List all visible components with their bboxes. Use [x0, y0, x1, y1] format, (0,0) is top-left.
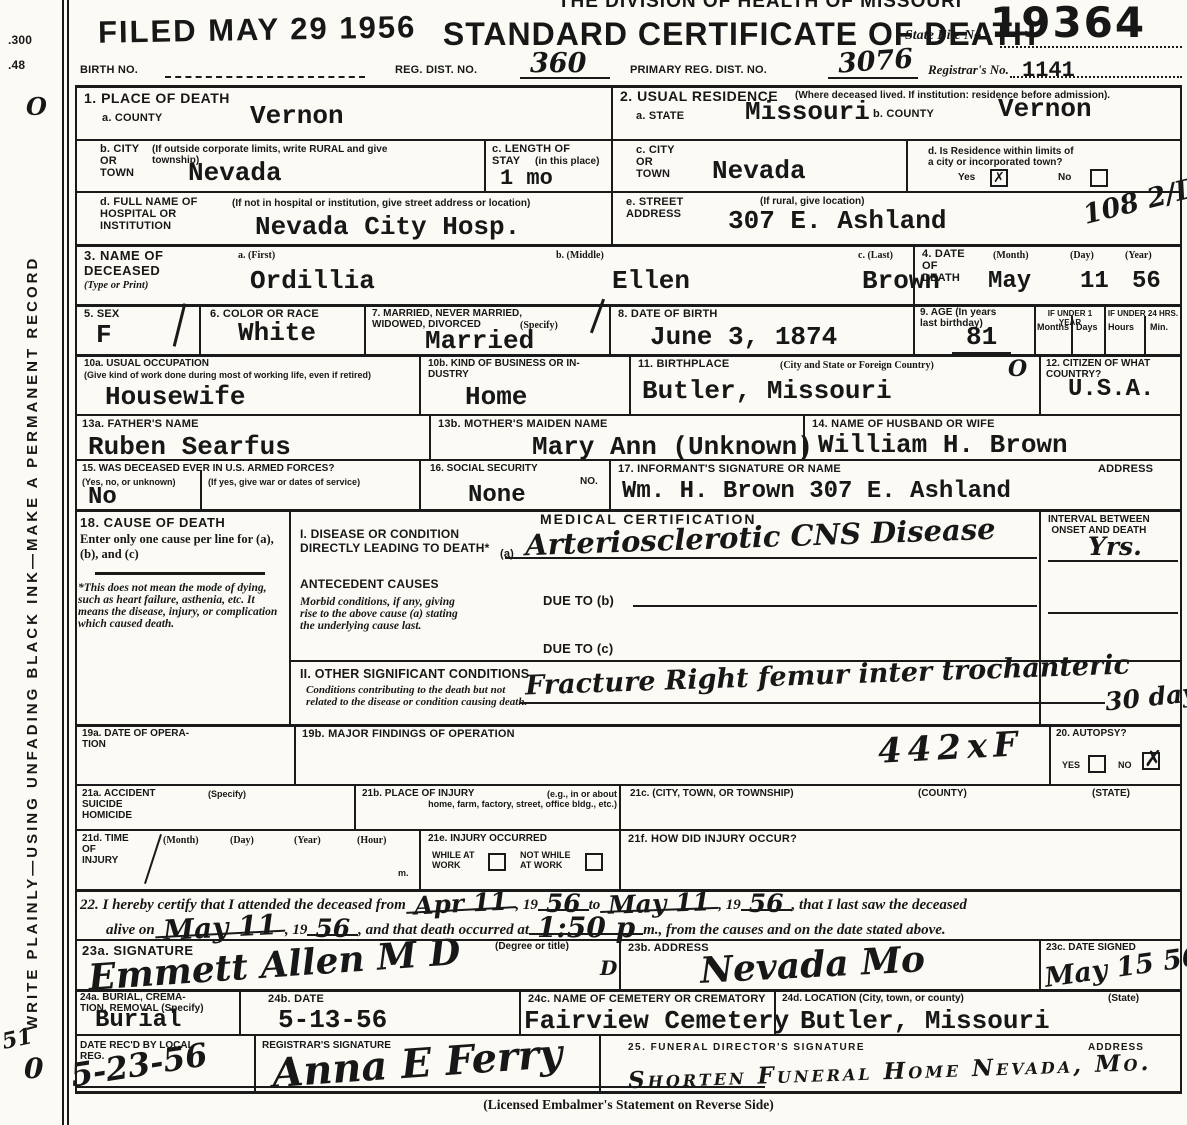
rule-vertical	[294, 724, 296, 784]
first-name-label: a. (First)	[238, 250, 275, 261]
rule-vertical	[629, 354, 631, 415]
injury-hour-label: (Hour)	[357, 835, 386, 846]
rule-vertical	[429, 414, 431, 460]
primary-reg-dist-value: 3076	[837, 43, 914, 79]
birth-no-blank	[165, 76, 365, 78]
middle-name-label: b. (Middle)	[556, 250, 604, 261]
rule-vertical	[519, 989, 521, 1034]
certify-19a: , 19	[515, 897, 538, 914]
header-division-line: THE DIVISION OF HEALTH OF MISSOURI	[480, 0, 1040, 13]
ssn-label: 16. SOCIAL SECURITY	[430, 463, 538, 474]
antecedent-note: Morbid conditions, if any, giving rise t…	[300, 596, 458, 632]
death-month-label: (Month)	[993, 250, 1029, 261]
residence-state-value: Missouri	[745, 97, 870, 127]
county-value: Vernon	[250, 101, 344, 131]
footer-note: (Licensed Embalmer's Statement on Revers…	[75, 1097, 1182, 1113]
autopsy-no-checkbox: ✗	[1142, 752, 1160, 770]
certify-alive-year: 56	[307, 924, 358, 936]
rule-horizontal	[75, 1034, 1182, 1036]
street-value: 307 E. Ashland	[728, 206, 946, 236]
residence-yes-label: Yes	[958, 172, 975, 183]
due-to-b-label: DUE TO (b)	[543, 593, 614, 608]
rule-vertical	[1034, 304, 1036, 355]
residence-city-label: c. CITY OR TOWN	[636, 144, 675, 180]
burial-location-state-label: (State)	[1108, 993, 1139, 1004]
not-while-at-work-checkbox	[585, 853, 603, 871]
rule-vertical	[62, 0, 64, 1125]
interval-a-value: Yrs.	[1088, 532, 1142, 561]
accident-note: (Specify)	[208, 789, 246, 799]
birthplace-note: (City and State or Foreign Country)	[780, 360, 934, 371]
age-value: 81	[952, 322, 1011, 355]
age-hours-label: Hours	[1108, 322, 1134, 332]
rule-vertical	[1104, 304, 1106, 355]
certify-from-date: Apr 11	[406, 896, 516, 914]
rule-vertical	[1071, 316, 1073, 355]
certify-tail-1: , that I last saw the deceased	[792, 897, 967, 914]
mother-name-value: Mary Ann (Unknown)	[532, 432, 813, 462]
rule-vertical	[419, 354, 421, 415]
operation-findings-label: 19b. MAJOR FINDINGS OF OPERATION	[302, 728, 515, 740]
rule-horizontal	[75, 139, 1182, 141]
certify-alive-word: alive on	[106, 922, 155, 939]
death-day-value: 11	[1080, 268, 1109, 295]
last-name-label: c. (Last)	[858, 250, 893, 261]
place-of-death-title: 1. PLACE OF DEATH	[84, 90, 230, 106]
signature-address-value: Nevada Mo	[699, 938, 926, 992]
informant-address-label: ADDRESS	[1098, 463, 1153, 475]
certify-time: 1:50 p	[529, 923, 643, 935]
rule-horizontal	[505, 557, 1037, 559]
cause-note-2: *This does not mean the mode of dying, s…	[78, 582, 286, 630]
operation-date-label: 19a. DATE OF OPERA- TION	[82, 728, 189, 750]
age-months-label: Months	[1037, 322, 1069, 332]
rule-horizontal	[75, 784, 1182, 786]
middle-name-value: Ellen	[612, 266, 690, 296]
age-under24-label: IF UNDER 24 HRS.	[1107, 309, 1179, 318]
burial-date-value: 5-13-56	[278, 1005, 387, 1035]
rule-vertical	[354, 784, 356, 829]
rule-vertical	[1049, 724, 1051, 784]
age-days-label: Days	[1076, 322, 1098, 332]
informant-value: Wm. H. Brown 307 E. Ashland	[622, 478, 1011, 505]
rule-vertical	[619, 784, 621, 829]
birthplace-value: Butler, Missouri	[642, 376, 892, 406]
industry-value: Home	[465, 382, 527, 412]
reg-dist-label: REG. DIST. NO.	[395, 64, 477, 76]
date-of-death-title: 4. DATE OF DEATH	[922, 248, 965, 284]
marital-value: Married	[425, 326, 534, 356]
residence-no-checkbox	[1090, 169, 1108, 187]
rule-horizontal	[75, 244, 1182, 247]
certify-alive-date: May 11	[155, 920, 286, 939]
informant-label: 17. INFORMANT'S SIGNATURE OR NAME	[618, 463, 841, 475]
death-month-value: May	[988, 268, 1031, 295]
residence-yes-checkbox: ✗	[990, 169, 1008, 187]
hospital-label: d. FULL NAME OF HOSPITAL OR INSTITUTION	[100, 196, 198, 232]
rule-horizontal	[75, 304, 1182, 307]
degree-handwritten-mark: D	[600, 956, 617, 980]
degree-label: (Degree or title)	[495, 941, 569, 952]
hospital-value: Nevada City Hosp.	[255, 212, 520, 242]
rule-horizontal	[633, 605, 1037, 607]
margin-code-300: .300	[8, 33, 32, 47]
birthplace-handwritten-circle: O	[1008, 356, 1027, 382]
injury-place-note: (e.g., in or about home, farm, factory, …	[362, 789, 617, 809]
filed-stamp: FILED MAY 29 1956	[98, 9, 417, 51]
rule-horizontal	[828, 77, 918, 79]
rule-horizontal	[75, 1091, 1182, 1094]
reg-dist-value: 360	[530, 48, 586, 79]
spouse-name-label: 14. NAME OF HUSBAND OR WIFE	[812, 418, 995, 430]
rule-vertical	[1039, 509, 1041, 724]
ssn-value: None	[468, 482, 526, 509]
rule-vertical	[67, 0, 69, 1125]
autopsy-yes-checkbox	[1088, 755, 1106, 773]
cemetery-value: Fairview Cemetery	[524, 1006, 789, 1036]
signature-address-label: 23b. ADDRESS	[628, 942, 709, 954]
death-day-label: (Day)	[1070, 250, 1094, 261]
type-or-print-note: (Type or Print)	[84, 280, 148, 291]
city-value: Nevada	[188, 158, 282, 188]
rule-vertical	[599, 1034, 601, 1091]
father-name-label: 13a. FATHER'S NAME	[82, 418, 199, 430]
residence-city-value: Nevada	[712, 156, 806, 186]
state-file-leader	[1000, 46, 1182, 48]
race-value: White	[238, 318, 316, 348]
injury-day-label: (Day)	[230, 835, 254, 846]
rule-vertical	[75, 85, 77, 1091]
date-of-birth-label: 8. DATE OF BIRTH	[618, 308, 718, 320]
rule-horizontal	[75, 989, 1182, 992]
injury-how-label: 21f. HOW DID INJURY OCCUR?	[628, 833, 797, 845]
rule-vertical	[1039, 354, 1041, 415]
funeral-director-label: 25. FUNERAL DIRECTOR'S SIGNATURE	[628, 1042, 865, 1053]
burial-location-value: Butler, Missouri	[800, 1006, 1050, 1036]
certify-19c: , 19	[285, 922, 308, 939]
margin-code-48: .48	[8, 58, 25, 72]
rule-horizontal	[520, 77, 610, 79]
handwritten-stroke	[144, 834, 162, 884]
injury-m-label: m.	[398, 868, 409, 878]
certify-19b: , 19	[718, 897, 741, 914]
city-label: b. CITY OR TOWN	[100, 143, 139, 179]
hospital-note: (If not in hospital or institution, give…	[232, 198, 607, 209]
residence-state-label: a. STATE	[636, 110, 684, 122]
disease-label: I. DISEASE OR CONDITION DIRECTLY LEADING…	[300, 527, 489, 555]
rule-horizontal	[290, 660, 1182, 662]
margin-vertical-instruction: WRITE PLAINLY—USING UNFADING BLACK INK—M…	[24, 110, 41, 1030]
rule-vertical	[419, 829, 421, 889]
rule-vertical	[913, 244, 915, 355]
occupation-note: (Give kind of work done during most of w…	[84, 370, 414, 380]
citizen-value: U.S.A.	[1068, 376, 1154, 403]
street-label: e. STREET ADDRESS	[626, 196, 683, 220]
while-at-work-checkbox	[488, 853, 506, 871]
residence-limits-label: d. Is Residence within limits of a city …	[928, 146, 1178, 168]
occupation-value: Housewife	[105, 382, 245, 412]
stay-value: 1 mo	[500, 166, 553, 191]
rule-vertical	[609, 459, 611, 510]
interval-other-value: 30 days	[1104, 677, 1187, 717]
page-title: STANDARD CERTIFICATE OF DEATH	[390, 16, 1090, 53]
certify-line-2: alive on May 11 , 19 56 , and that death…	[106, 920, 946, 939]
rule-vertical	[1039, 939, 1041, 989]
margin-bottom-mark-1: 51	[0, 1023, 35, 1055]
accident-label: 21a. ACCIDENT SUICIDE HOMICIDE	[82, 788, 156, 821]
rule-horizontal	[75, 509, 1182, 512]
registrar-no-value: 1141	[1022, 58, 1075, 83]
rule-vertical	[803, 414, 805, 460]
other-conditions-label: II. OTHER SIGNIFICANT CONDITIONS	[300, 667, 529, 681]
burial-date-label: 24b. DATE	[268, 993, 324, 1005]
rule-vertical	[611, 85, 613, 245]
rule-vertical	[484, 139, 486, 192]
residence-no-label: No	[1058, 172, 1071, 183]
autopsy-no-label: NO	[1118, 760, 1132, 770]
industry-label: 10b. KIND OF BUSINESS OR IN- DUSTRY	[428, 358, 628, 380]
injury-month-label: (Month)	[163, 835, 199, 846]
death-year-label: (Year)	[1125, 250, 1152, 261]
rule-horizontal	[75, 459, 1182, 461]
rule-vertical	[364, 304, 366, 355]
rule-vertical	[774, 989, 776, 1034]
death-year-value: 56	[1132, 268, 1161, 295]
rule-horizontal	[1048, 560, 1178, 562]
rule-vertical	[619, 939, 621, 989]
age-min-label: Min.	[1150, 322, 1168, 332]
due-to-c-label: DUE TO (c)	[543, 641, 613, 656]
mother-name-label: 13b. MOTHER'S MAIDEN NAME	[438, 418, 608, 430]
rule-horizontal	[75, 889, 1182, 892]
rule-vertical	[239, 989, 241, 1034]
antecedent-label: ANTECEDENT CAUSES	[300, 577, 439, 591]
injury-county-label: (COUNTY)	[918, 788, 967, 799]
birthplace-label: 11. BIRTHPLACE	[638, 358, 729, 370]
registrar-leader	[1010, 76, 1182, 78]
rule-vertical	[200, 470, 202, 510]
armed-forces-note2: (If yes, give war or dates of service)	[208, 477, 360, 487]
cemetery-label: 24c. NAME OF CEMETERY OR CREMATORY	[528, 993, 766, 1005]
burial-value: Burial	[95, 1007, 181, 1034]
rule-vertical	[254, 1034, 256, 1091]
armed-forces-label: 15. WAS DECEASED EVER IN U.S. ARMED FORC…	[82, 463, 334, 474]
sex-label: 5. SEX	[84, 308, 119, 320]
state-file-no-value: 19364	[990, 0, 1146, 47]
rule-vertical	[609, 304, 611, 355]
other-conditions-note: Conditions contributing to the death but…	[306, 684, 527, 708]
residence-county-value: Vernon	[998, 94, 1092, 124]
margin-bottom-mark-2: 0	[24, 1052, 43, 1085]
father-name-value: Ruben Searfus	[88, 432, 291, 462]
spouse-name-value: William H. Brown	[818, 430, 1068, 460]
primary-reg-dist-label: PRIMARY REG. DIST. NO.	[630, 64, 767, 76]
rule-vertical	[199, 304, 201, 355]
date-of-birth-value: June 3, 1874	[650, 322, 837, 352]
rule-vertical	[1180, 85, 1182, 1091]
autopsy-yes-label: YES	[1062, 760, 1080, 770]
birth-no-label: BIRTH NO.	[80, 64, 138, 76]
injury-state-label: (STATE)	[1092, 788, 1130, 799]
sex-value: F	[96, 320, 112, 350]
rule-vertical	[1144, 316, 1146, 355]
armed-forces-value: No	[88, 484, 117, 511]
autopsy-label: 20. AUTOPSY?	[1056, 728, 1127, 739]
county-label: a. COUNTY	[102, 112, 162, 124]
injury-time-label: 21d. TIME OF INJURY	[82, 833, 129, 866]
state-file-no-label: State File No.	[905, 28, 985, 44]
rule-vertical	[419, 459, 421, 510]
certify-to-year: 56	[741, 899, 792, 911]
ssn-no-label: NO.	[580, 476, 598, 487]
operation-findings-mark: 442xF	[877, 724, 1024, 772]
certify-from-year: 56	[538, 899, 589, 911]
rule-vertical	[906, 139, 908, 192]
certify-tail-3: m., from the causes and on the date stat…	[643, 922, 946, 939]
rule-horizontal	[75, 1086, 765, 1088]
rule-horizontal	[1048, 612, 1178, 614]
cause-of-death-title: 18. CAUSE OF DEATH	[80, 515, 225, 530]
rule-horizontal	[75, 191, 1182, 193]
injury-city-label: 21c. (CITY, TOWN, OR TOWNSHIP)	[630, 788, 794, 799]
occupation-label: 10a. USUAL OCCUPATION	[84, 358, 209, 369]
death-certificate-scan: { "margin": { "vertical_text": "WRITE PL…	[0, 0, 1187, 1125]
rule-vertical	[289, 509, 291, 724]
rule-horizontal	[95, 572, 265, 575]
rule-horizontal	[520, 702, 1105, 704]
name-of-deceased-title: 3. NAME OF DECEASED	[84, 248, 163, 278]
cause-note-1: Enter only one cause per line for (a), (…	[80, 532, 280, 562]
injury-not-while-label: NOT WHILE AT WORK	[520, 850, 571, 870]
registrar-no-label: Registrar's No.	[928, 62, 1009, 78]
injury-year-label: (Year)	[294, 835, 321, 846]
injury-occurred-label: 21e. INJURY OCCURRED	[428, 833, 547, 844]
first-name-value: Ordillia	[250, 266, 375, 296]
rule-horizontal	[75, 724, 1182, 727]
handwritten-slash	[173, 303, 187, 346]
rule-vertical	[619, 829, 621, 889]
rule-horizontal	[75, 829, 1182, 831]
rule-horizontal	[75, 939, 1182, 941]
burial-location-label: 24d. LOCATION (City, town, or county)	[782, 993, 964, 1004]
injury-while-label: WHILE AT WORK	[432, 850, 475, 870]
residence-county-label: b. COUNTY	[873, 108, 934, 120]
rule-horizontal	[75, 85, 1182, 88]
